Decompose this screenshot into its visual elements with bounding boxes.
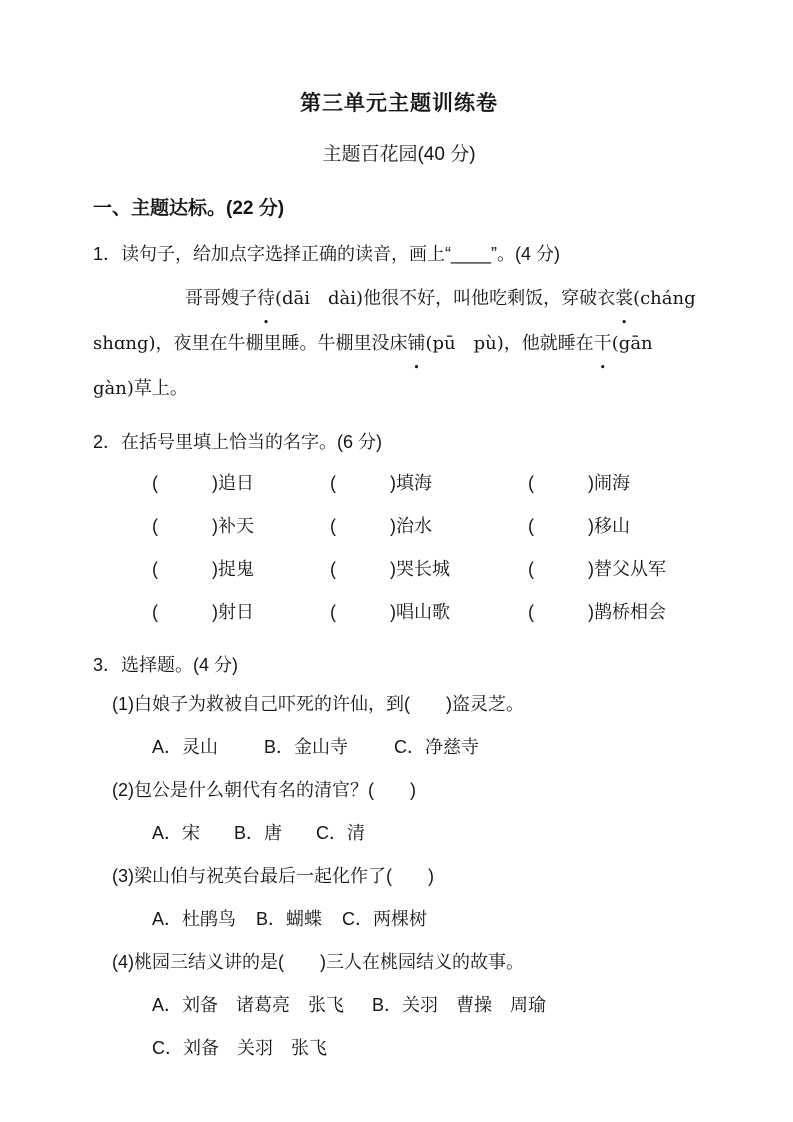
fill-in-brackets: ()追日()填海()闹海()补天()治水()移山()捉鬼()哭长城()替父从军(…	[93, 462, 705, 634]
mc-option: A．宋	[152, 812, 200, 855]
open-paren: (	[528, 516, 534, 536]
bracket-item: ()鹊桥相会	[528, 591, 705, 634]
multiple-choice-list: (1)白娘子为救被自己吓死的许仙，到( )盗灵芝。A．灵山B．金山寺C．净慈寺(…	[93, 683, 705, 1070]
dotted-char: 铺	[408, 321, 426, 366]
bracket-item-label: 治水	[396, 516, 432, 536]
bracket-item: ()唱山歌	[330, 591, 528, 634]
bracket-item: ()捉鬼	[152, 548, 330, 591]
section-1-heading: 一、主题达标。(22 分)	[93, 195, 705, 223]
mc-question: (4)桃园三结义讲的是( )三人在桃园结义的故事。	[93, 941, 705, 984]
mc-question: (1)白娘子为救被自己吓死的许仙，到( )盗灵芝。	[93, 683, 705, 726]
mc-option-line: A．杜鹃鸟B．蝴蝶C．两棵树	[93, 898, 705, 941]
mc-option: C．刘备 关羽 张飞	[152, 1027, 327, 1070]
bracket-item-label: 替父从军	[594, 559, 666, 579]
open-paren: (	[528, 473, 534, 493]
open-paren: (	[330, 602, 336, 622]
mc-option: A．灵山	[152, 726, 218, 769]
mc-item: (1)白娘子为救被自己吓死的许仙，到( )盗灵芝。A．灵山B．金山寺C．净慈寺	[93, 683, 705, 769]
bracket-row: ()补天()治水()移山	[152, 505, 705, 548]
mc-option: C．净慈寺	[394, 726, 479, 769]
mc-option-line: A．宋B．唐C．清	[93, 812, 705, 855]
bracket-item-label: 补天	[218, 516, 254, 536]
bracket-item: ()补天	[152, 505, 330, 548]
bracket-item: ()射日	[152, 591, 330, 634]
open-paren: (	[152, 602, 158, 622]
mc-question: (2)包公是什么朝代有名的清官？( )	[93, 769, 705, 812]
mc-option: A．杜鹃鸟	[152, 898, 236, 941]
mc-option-line: A．刘备 诸葛亮 张飞B．关羽 曹操 周瑜	[93, 984, 705, 1027]
bracket-row: ()射日()唱山歌()鹊桥相会	[152, 591, 705, 634]
bracket-row: ()捉鬼()哭长城()替父从军	[152, 548, 705, 591]
mc-option: A．刘备 诸葛亮 张飞	[152, 984, 344, 1027]
passage-text: (dāi dài)他很不好，叫他吃剩饭，穿破衣	[275, 288, 615, 309]
mc-option: B．关羽 曹操 周瑜	[372, 984, 546, 1027]
dotted-char: 干	[594, 321, 612, 366]
passage-text: 哥哥嫂子	[185, 288, 257, 309]
passage-line: shɑng)，夜里在牛棚里睡。牛棚里没床铺(pū pù)，他就睡在干(gān	[93, 321, 705, 366]
bracket-item-label: 鹊桥相会	[594, 602, 666, 622]
bracket-item: ()治水	[330, 505, 528, 548]
passage-text: (pū pù)，他就睡在	[426, 333, 594, 354]
open-paren: (	[330, 516, 336, 536]
passage-line: 哥哥嫂子待(dāi dài)他很不好，叫他吃剩饭，穿破衣裳(cháng	[93, 276, 705, 321]
bracket-item-label: 移山	[594, 516, 630, 536]
bracket-item-label: 哭长城	[396, 559, 450, 579]
bracket-item-label: 唱山歌	[396, 602, 450, 622]
mc-item: (4)桃园三结义讲的是( )三人在桃园结义的故事。A．刘备 诸葛亮 张飞B．关羽…	[93, 941, 705, 1070]
open-paren: (	[152, 473, 158, 493]
bracket-item: ()闹海	[528, 462, 705, 505]
bracket-item: ()哭长城	[330, 548, 528, 591]
bracket-item: ()追日	[152, 462, 330, 505]
bracket-item: ()替父从军	[528, 548, 705, 591]
doc-subtitle: 主题百花园(40 分)	[93, 142, 705, 168]
open-paren: (	[152, 516, 158, 536]
bracket-item-label: 射日	[218, 602, 254, 622]
passage-text: (cháng	[633, 288, 696, 309]
mc-question: (3)梁山伯与祝英台最后一起化作了( )	[93, 855, 705, 898]
bracket-item-label: 捉鬼	[218, 559, 254, 579]
bracket-item-label: 填海	[396, 473, 432, 493]
open-paren: (	[528, 602, 534, 622]
question-2-label: 2．在括号里填上恰当的名字。(6 分)	[93, 428, 705, 456]
mc-item: (2)包公是什么朝代有名的清官？( )A．宋B．唐C．清	[93, 769, 705, 855]
mc-option-line: A．灵山B．金山寺C．净慈寺	[93, 726, 705, 769]
bracket-item: ()填海	[330, 462, 528, 505]
dotted-char: 待	[257, 276, 275, 321]
mc-item: (3)梁山伯与祝英台最后一起化作了( )A．杜鹃鸟B．蝴蝶C．两棵树	[93, 855, 705, 941]
passage-text: (gān	[612, 333, 653, 354]
mc-option: C．两棵树	[342, 898, 427, 941]
mc-option: C．清	[316, 812, 365, 855]
dotted-char: 裳	[615, 276, 633, 321]
open-paren: (	[152, 559, 158, 579]
mc-option: B．唐	[234, 812, 282, 855]
mc-option: B．蝴蝶	[256, 898, 322, 941]
bracket-item-label: 追日	[218, 473, 254, 493]
passage-line: gàn)草上。	[93, 366, 705, 411]
bracket-row: ()追日()填海()闹海	[152, 462, 705, 505]
open-paren: (	[330, 559, 336, 579]
question-3-label: 3．选择题。(4 分)	[93, 651, 705, 679]
passage-text: shɑng)，夜里在牛棚里睡。牛棚里没床	[93, 333, 408, 354]
doc-title: 第三单元主题训练卷	[93, 90, 705, 118]
question-1-label: 1．读句子，给加点字选择正确的读音，画上“____”。(4 分)	[93, 240, 705, 268]
reading-passage: 哥哥嫂子待(dāi dài)他很不好，叫他吃剩饭，穿破衣裳(chángshɑng…	[93, 276, 705, 411]
mc-option-line: C．刘备 关羽 张飞	[93, 1027, 705, 1070]
worksheet-page: 第三单元主题训练卷 主题百花园(40 分) 一、主题达标。(22 分) 1．读句…	[0, 0, 793, 1122]
bracket-item-label: 闹海	[594, 473, 630, 493]
open-paren: (	[330, 473, 336, 493]
passage-text: gàn)草上。	[93, 378, 188, 399]
open-paren: (	[528, 559, 534, 579]
mc-option: B．金山寺	[264, 726, 348, 769]
bracket-item: ()移山	[528, 505, 705, 548]
